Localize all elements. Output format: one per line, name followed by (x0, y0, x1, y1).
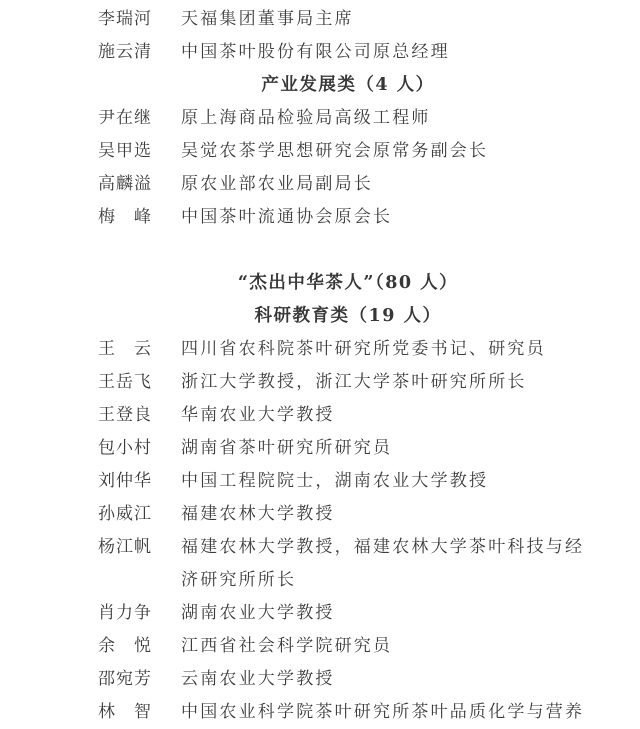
person-title: 天福集团董事局主席 (181, 3, 598, 36)
person-row: 林 智 中国农业科学院茶叶研究所茶叶品质化学与营养 (98, 696, 598, 729)
person-title: 云南农业大学教授 (181, 663, 598, 696)
person-name: 施云清 (98, 36, 152, 69)
person-row: 刘仲华 中国工程院院士，湖南农业大学教授 (98, 465, 598, 498)
person-title: 吴觉农茶学思想研究会原常务副会长 (181, 135, 598, 168)
person-row: 王登良 华南农业大学教授 (98, 399, 598, 432)
category-heading-research-education: 科研教育类（19 人） (98, 300, 598, 333)
person-title: 原上海商品检验局高级工程师 (181, 102, 598, 135)
person-row: 肖力争 湖南农业大学教授 (98, 597, 598, 630)
person-name: 王 云 (98, 333, 152, 366)
person-row: 尹在继 原上海商品检验局高级工程师 (98, 102, 598, 135)
person-name: 林 智 (98, 696, 152, 729)
person-title: 湖南省茶叶研究所研究员 (181, 432, 598, 465)
person-row: 杨江帆 福建农林大学教授，福建农林大学茶叶科技与经济研究所所长 (98, 531, 598, 597)
person-title: 中国工程院院士，湖南农业大学教授 (181, 465, 598, 498)
person-row: 吴甲选 吴觉农茶学思想研究会原常务副会长 (98, 135, 598, 168)
person-row: 王 云 四川省农科院茶叶研究所党委书记、研究员 (98, 333, 598, 366)
person-row: 王岳飞 浙江大学教授，浙江大学茶叶研究所所长 (98, 366, 598, 399)
person-row: 李瑞河 天福集团董事局主席 (98, 3, 598, 36)
person-name: 刘仲华 (98, 465, 152, 498)
person-title: 中国农业科学院茶叶研究所茶叶品质化学与营养 (181, 696, 598, 729)
person-title: 福建农林大学教授 (181, 498, 598, 531)
person-title: 中国茶叶流通协会原会长 (181, 201, 598, 234)
person-name: 王岳飞 (98, 366, 152, 399)
person-title: 浙江大学教授，浙江大学茶叶研究所所长 (181, 366, 598, 399)
person-name: 李瑞河 (98, 3, 152, 36)
person-title: 华南农业大学教授 (181, 399, 598, 432)
person-name: 包小村 (98, 432, 152, 465)
person-name: 孙威江 (98, 498, 152, 531)
person-row: 孙威江 福建农林大学教授 (98, 498, 598, 531)
person-title: 四川省农科院茶叶研究所党委书记、研究员 (181, 333, 598, 366)
person-name: 吴甲选 (98, 135, 152, 168)
person-name: 高麟溢 (98, 168, 152, 201)
person-row: 施云清 中国茶叶股份有限公司原总经理 (98, 36, 598, 69)
blank-spacer (98, 234, 598, 267)
award-title-heading: “杰出中华茶人”（80 人） (98, 267, 598, 300)
person-name: 邵宛芳 (98, 663, 152, 696)
person-title: 原农业部农业局副局长 (181, 168, 598, 201)
person-name: 梅 峰 (98, 201, 152, 234)
person-title: 湖南农业大学教授 (181, 597, 598, 630)
person-row: 梅 峰 中国茶叶流通协会原会长 (98, 201, 598, 234)
person-name: 余 悦 (98, 630, 152, 663)
person-row: 邵宛芳 云南农业大学教授 (98, 663, 598, 696)
person-title: 中国茶叶股份有限公司原总经理 (181, 36, 598, 69)
person-row: 高麟溢 原农业部农业局副局长 (98, 168, 598, 201)
person-row: 余 悦 江西省社会科学院研究员 (98, 630, 598, 663)
person-row: 包小村 湖南省茶叶研究所研究员 (98, 432, 598, 465)
person-name: 王登良 (98, 399, 152, 432)
category-heading-industry: 产业发展类（4 人） (98, 69, 598, 102)
person-name: 杨江帆 (98, 531, 152, 564)
award-list-document: 李瑞河 天福集团董事局主席 施云清 中国茶叶股份有限公司原总经理 产业发展类（4… (0, 0, 640, 729)
person-name: 肖力争 (98, 597, 152, 630)
person-name: 尹在继 (98, 102, 152, 135)
person-title: 福建农林大学教授，福建农林大学茶叶科技与经济研究所所长 (181, 531, 598, 597)
person-title: 江西省社会科学院研究员 (181, 630, 598, 663)
